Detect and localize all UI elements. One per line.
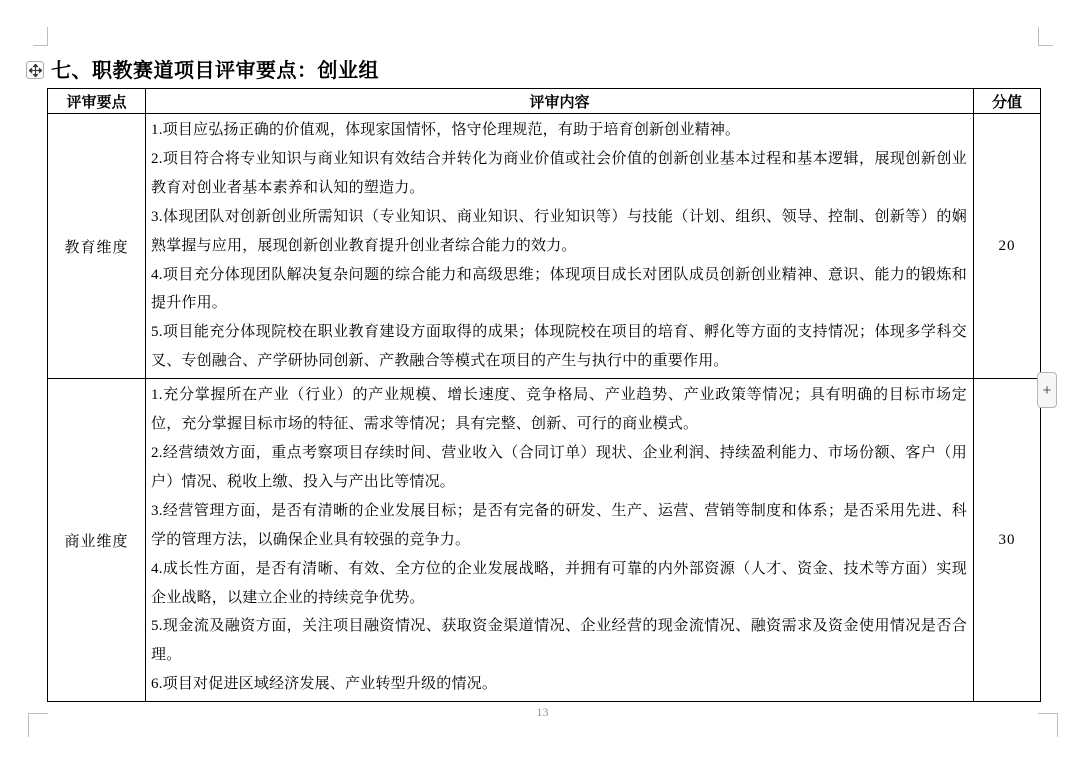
review-content-cell: 1.项目应弘扬正确的价值观，体现家国情怀，恪守伦理规范，有助于培育创新创业精神。… [146,114,974,379]
column-header-review-content: 评审内容 [146,89,974,114]
column-header-score: 分值 [974,89,1041,114]
review-item: 3.体现团队对创新创业所需知识（专业知识、商业知识、行业知识等）与技能（计划、组… [151,203,967,261]
review-item: 4.成长性方面，是否有清晰、有效、全方位的企业发展战略，并拥有可靠的内外部资源（… [151,555,967,613]
column-header-review-point: 评审要点 [48,89,146,114]
document-page: 七、职教赛道项目评审要点：创业组 评审要点 评审内容 分值 教育维度 1.项目应… [0,0,1085,762]
review-item: 3.经营管理方面，是否有清晰的企业发展目标；是否有完备的研发、生产、运营、营销等… [151,497,967,555]
move-icon [29,64,42,77]
crop-mark-top-right-icon [1038,27,1053,46]
table-move-handle[interactable] [26,61,44,79]
table-row-business-dimension: 商业维度 1.充分掌握所在产业（行业）的产业规模、增长速度、竞争格局、产业趋势、… [48,379,1041,702]
review-item: 5.项目能充分体现院校在职业教育建设方面取得的成果；体现院校在项目的培育、孵化等… [151,318,967,376]
crop-mark-top-left-icon [33,27,48,46]
table-header-row: 评审要点 评审内容 分值 [48,89,1041,114]
review-item: 2.项目符合将专业知识与商业知识有效结合并转化为商业价值或社会价值的创新创业基本… [151,145,967,203]
add-button[interactable]: + [1037,372,1057,408]
review-item: 2.经营绩效方面，重点考察项目存续时间、营业收入（合同订单）现状、企业利润、持续… [151,439,967,497]
review-item: 4.项目充分体现团队解决复杂问题的综合能力和高级思维；体现项目成长对团队成员创新… [151,261,967,319]
review-item: 1.项目应弘扬正确的价值观，体现家国情怀，恪守伦理规范，有助于培育创新创业精神。 [151,116,967,145]
review-criteria-table: 评审要点 评审内容 分值 教育维度 1.项目应弘扬正确的价值观，体现家国情怀，恪… [47,88,1041,702]
table-row-education-dimension: 教育维度 1.项目应弘扬正确的价值观，体现家国情怀，恪守伦理规范，有助于培育创新… [48,114,1041,379]
dimension-label: 教育维度 [48,114,146,379]
dimension-label: 商业维度 [48,379,146,702]
score-value: 20 [974,114,1041,379]
page-number: 13 [0,705,1085,720]
review-item: 5.现金流及融资方面，关注项目融资情况、获取资金渠道情况、企业经营的现金流情况、… [151,612,967,670]
section-title: 七、职教赛道项目评审要点：创业组 [51,54,379,83]
review-content-cell: 1.充分掌握所在产业（行业）的产业规模、增长速度、竞争格局、产业趋势、产业政策等… [146,379,974,702]
plus-icon: + [1043,382,1052,399]
score-value: 30 [974,379,1041,702]
review-item: 6.项目对促进区域经济发展、产业转型升级的情况。 [151,670,967,699]
review-item: 1.充分掌握所在产业（行业）的产业规模、增长速度、竞争格局、产业趋势、产业政策等… [151,381,967,439]
